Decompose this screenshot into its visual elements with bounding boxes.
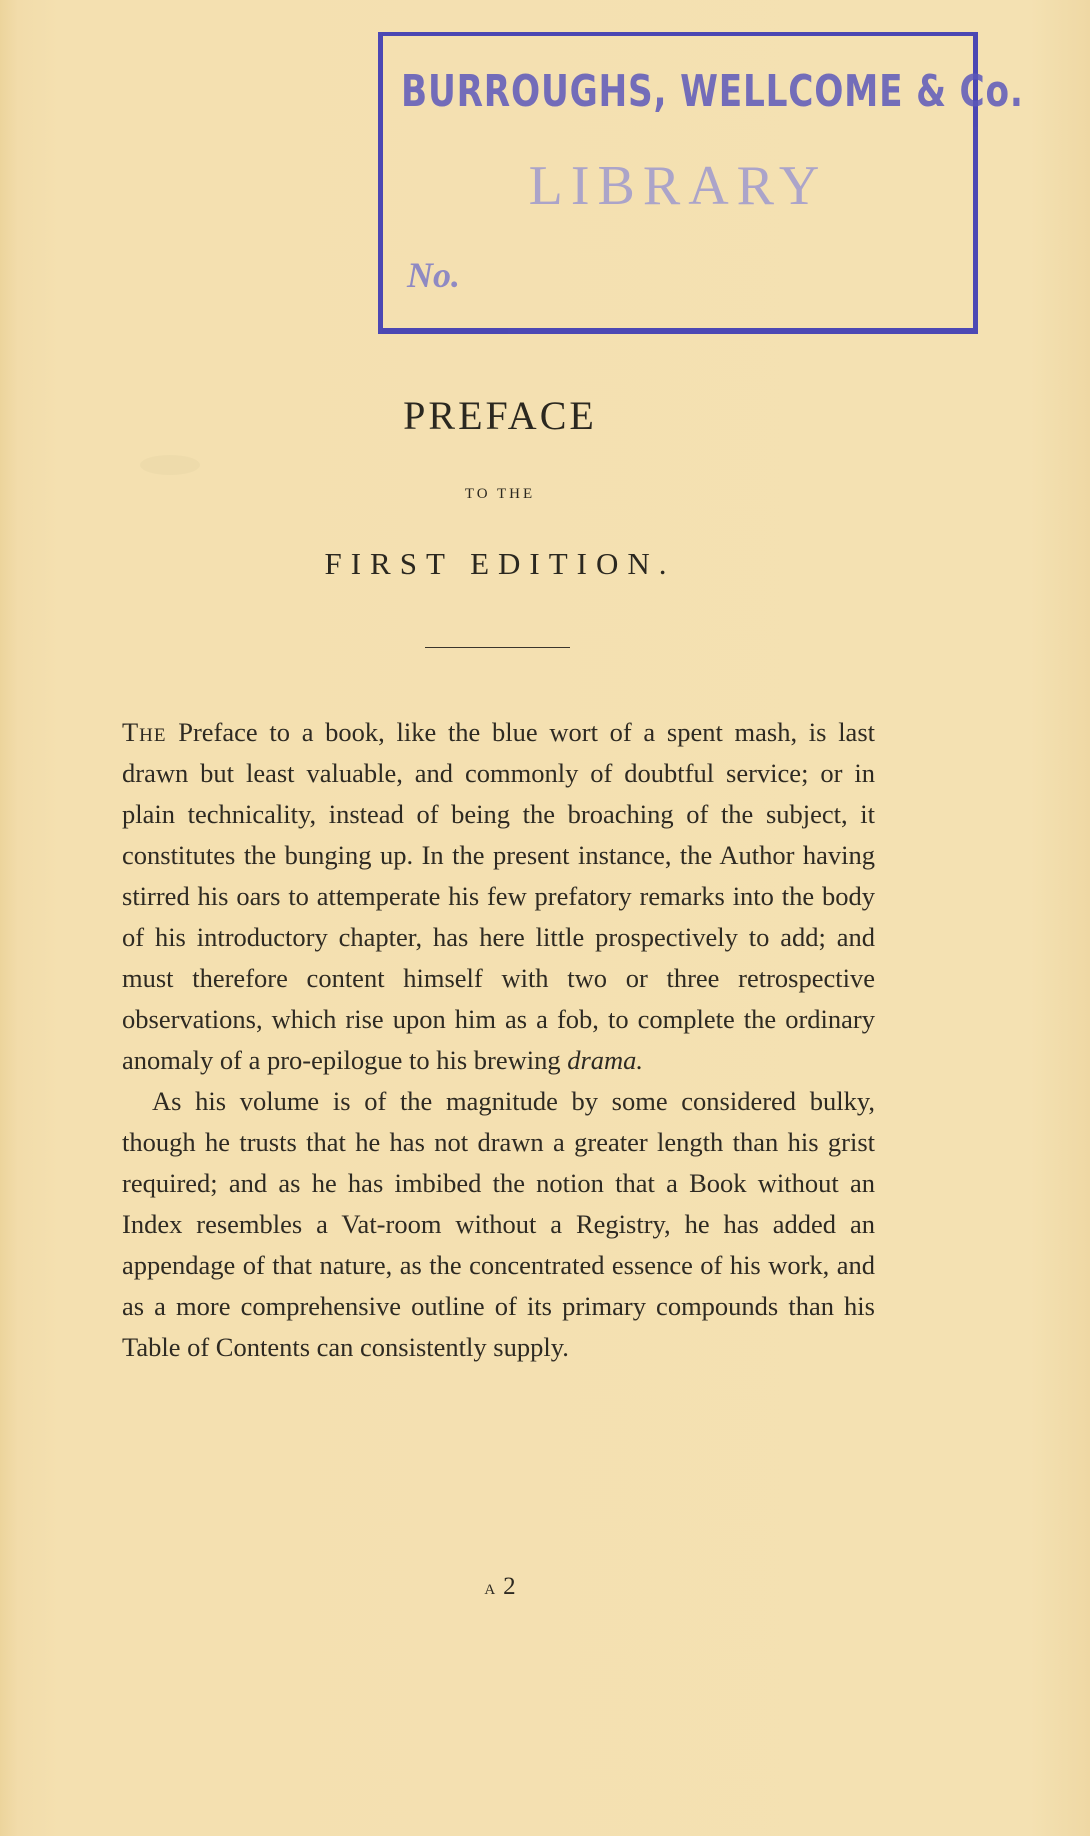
stamp-number-label: No. — [407, 254, 460, 296]
paragraph-1: The Preface to a book, like the blue wor… — [122, 712, 875, 1081]
signature-number: 2 — [503, 1573, 516, 1600]
paragraph-1-lead: The — [122, 717, 167, 747]
paragraph-2: As his volume is of the magnitude by som… — [122, 1081, 875, 1368]
signature-mark: a2 — [0, 1573, 1000, 1601]
book-page: BURROUGHS, WELLCOME & Co. LIBRARY No. PR… — [0, 0, 1090, 1836]
library-stamp: BURROUGHS, WELLCOME & Co. LIBRARY No. — [378, 32, 978, 334]
preface-body: The Preface to a book, like the blue wor… — [122, 712, 875, 1368]
paragraph-1-italic-tail: drama. — [567, 1045, 643, 1075]
divider-rule — [425, 647, 570, 648]
paragraph-1-text: Preface to a book, like the blue wort of… — [122, 717, 875, 1075]
page-title: PREFACE — [0, 392, 1000, 439]
paper-smudge — [140, 455, 200, 475]
page-subtitle: TO THE — [0, 486, 1000, 503]
edition-heading: FIRST EDITION. — [0, 546, 1000, 582]
stamp-library-label: LIBRARY — [383, 154, 973, 218]
signature-letter: a — [484, 1574, 495, 1599]
stamp-company-name: BURROUGHS, WELLCOME & Co. — [401, 66, 838, 117]
